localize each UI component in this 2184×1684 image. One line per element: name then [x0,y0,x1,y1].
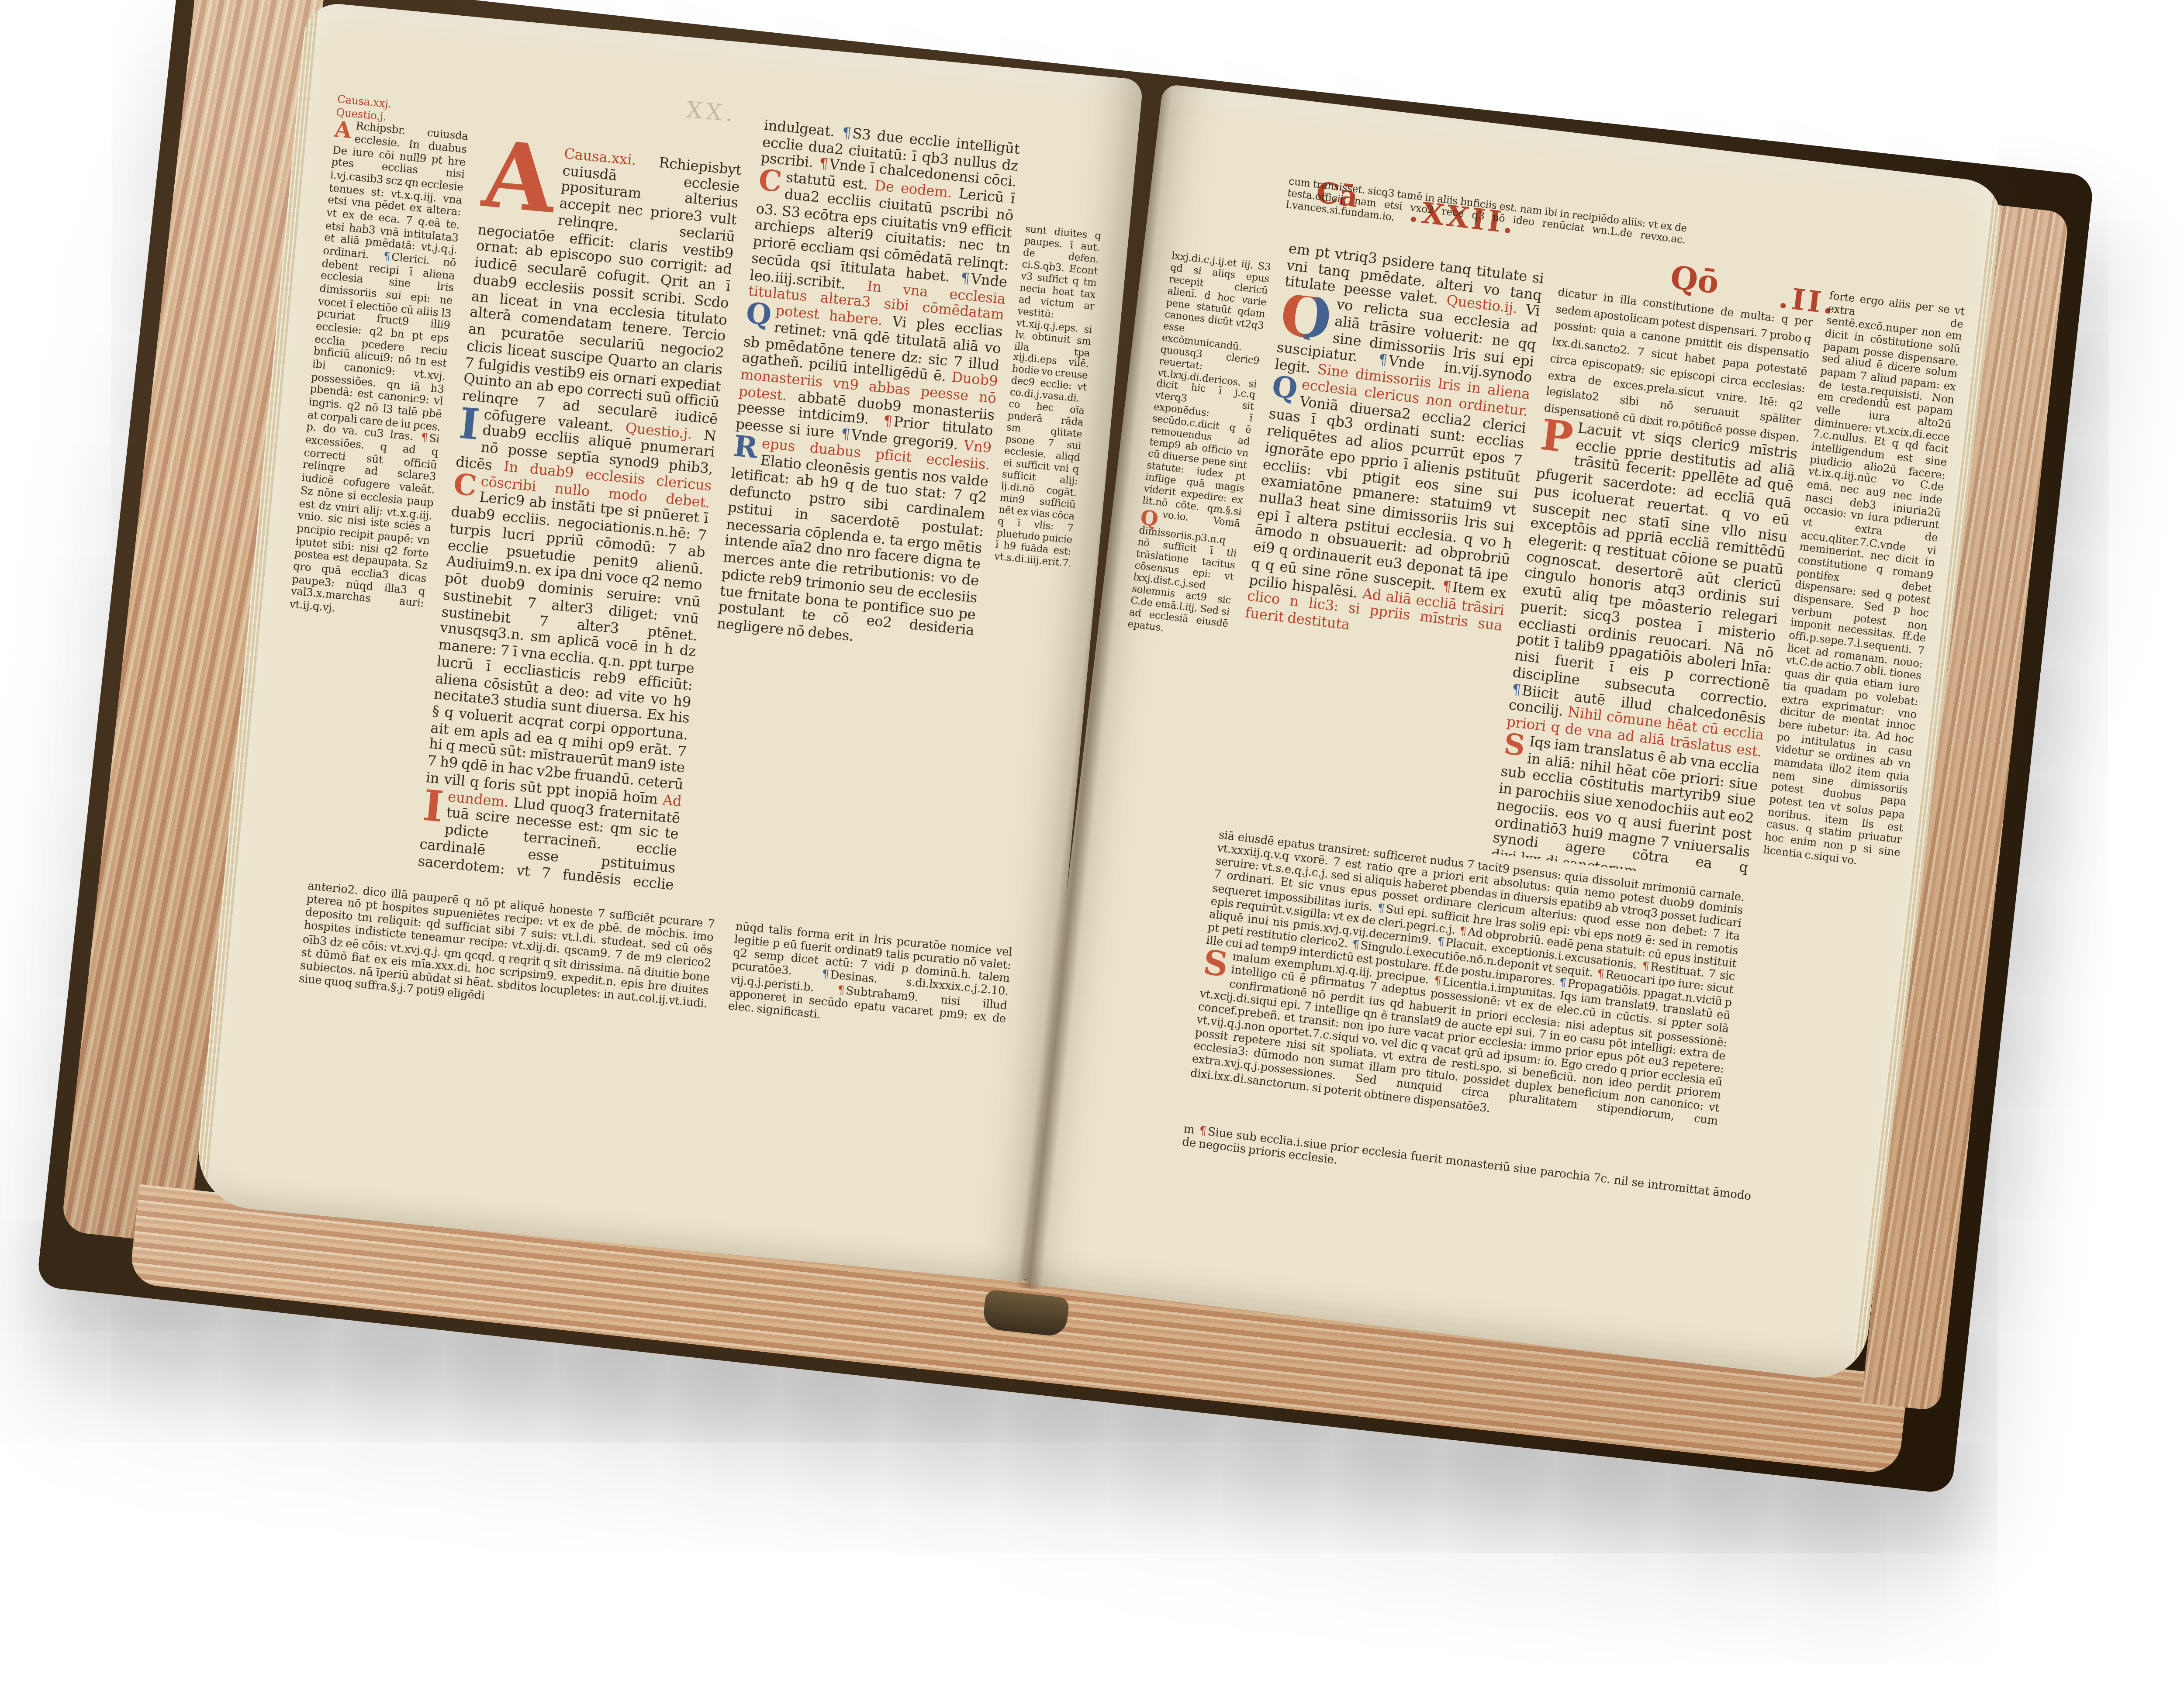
decorated-initial: P [1538,419,1574,456]
paraph-mark: ¶ [840,124,853,142]
paraph-mark: ¶ [1375,351,1389,369]
decorated-initial: A [480,141,558,214]
paraph-mark: ¶ [817,155,830,173]
paraph-mark: ¶ [1640,960,1651,974]
body-text: Lacuit vt siqs cleric9 mīstris ecclie pp… [1511,419,1798,711]
paraph-mark: ¶ [1435,935,1446,949]
decorated-initial: I [422,790,444,825]
paraph-mark: ¶ [881,413,895,431]
decorated-initial: S [1502,734,1525,759]
body-text: Si excessiōes. q ad q correcti sūt offic… [289,431,440,614]
paraph-mark: ¶ [1431,975,1443,989]
left-page: XX. Causa.xxj. Questio.j.ARchipsbr. cuiu… [194,1,1143,1283]
body-text: Clerici. nō debent recipi ī aliena eccle… [306,250,457,444]
photo-scene: XX. Causa.xxj. Questio.j.ARchipsbr. cuiu… [0,0,2184,1684]
body-text: lxxj.di.c.j.ij.et iij. S3 qd si aliqs ep… [1141,251,1271,526]
paraph-mark: ¶ [839,425,852,443]
body-text: anterio2. dico illā pauperē q nō pt aliq… [298,880,715,1011]
paraph-mark: ¶ [1509,680,1523,698]
body-text: Voniā diuersa2 ecclia2 clerici suas ī qb… [1250,392,1527,594]
left-bottom-gloss-a: anterio2. dico illā pauperē q nō pt aliq… [293,880,715,1080]
paraph-mark: ¶ [419,431,429,445]
paraph-mark: ¶ [1594,968,1606,982]
body-text: Elatio cleonēsis gentis nos valde letifi… [716,452,989,645]
right-main-column-2: dicatur in illa constitutione de multa: … [1491,284,1814,884]
decorated-initial: I [458,407,480,442]
left-main-column-1: ACausa.xxi. Rchiepisbyt cuiusdā ecclesie… [417,139,742,894]
left-bottom-gloss-b: nūqd talis forma erit in lris pcuratōe n… [722,921,1013,1101]
decorated-initial: Q [745,303,772,328]
body-text: cum transisset. sicq3 tamē in aliis bnfi… [1285,175,1687,246]
paraph-mark: ¶ [1440,577,1453,596]
body-text: m [1182,1123,1198,1138]
right-commentary-block: siā eiusdē epatus transiret: sufficeret … [1187,829,1745,1160]
decorated-initial: Q [1278,293,1333,343]
right-main-column-1: em pt vtriq3 psidere tanq titulate si vn… [1223,241,1544,828]
page-spread: XX. Causa.xxj. Questio.j.ARchipsbr. cuiu… [186,0,1999,1380]
paraph-mark: ¶ [1557,977,1568,990]
body-text: Vomā dimissoriis.p3.n.q nō sufficit ī tl… [1127,514,1241,633]
body-text: Leric9 ab instāti tpe si pnūeret ī duab9… [425,489,709,808]
right-page: Cā .XXII. Qō .II. cum transisset. sicq3 … [1020,83,2005,1383]
body-text: Llud quoq3 fraternitatē tuā scire necess… [417,794,681,894]
body-text: sunt diuites q paupes. ī aut. de defen. … [994,224,1101,575]
decorated-initial: S [1202,950,1229,979]
decorated-initial: A [334,121,352,140]
decorated-initial: R [733,436,759,461]
open-book: XX. Causa.xxj. Questio.j.ARchipsbr. cuiu… [36,0,2094,1494]
left-running-head: XX. [685,97,738,128]
decorated-initial: Q [1270,376,1298,402]
decorated-initial: C [757,170,782,195]
decorated-initial: C [453,474,477,499]
